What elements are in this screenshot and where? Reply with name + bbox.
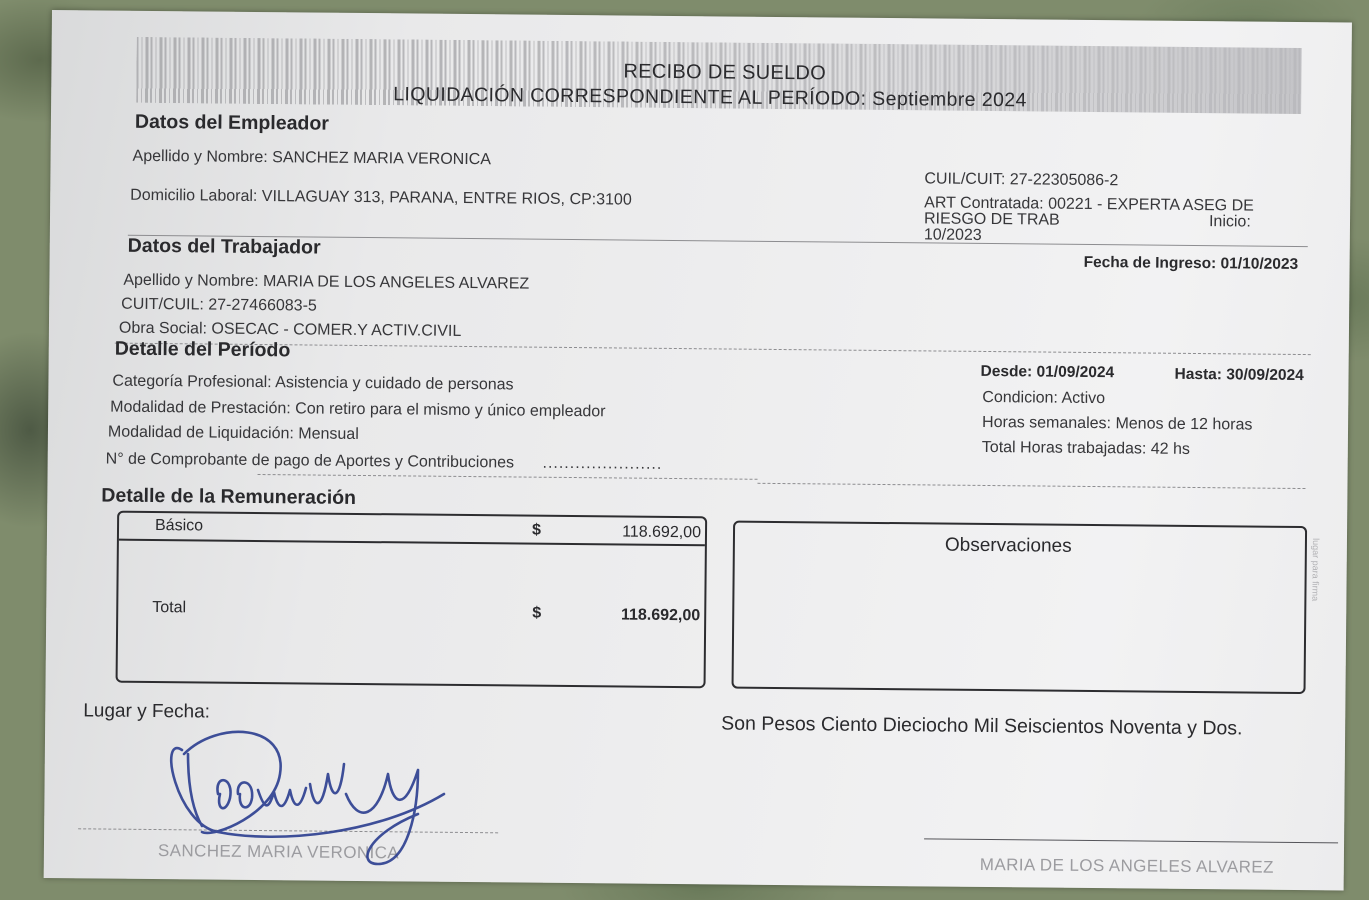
divider — [258, 474, 758, 480]
period-section-title: Detalle del Período — [115, 338, 291, 363]
worker-ingreso-date: Fecha de Ingreso: 01/10/2023 — [1084, 254, 1299, 274]
period-value: Septiembre 2024 — [872, 88, 1027, 111]
total-currency: $ — [532, 605, 541, 623]
service-modality: Modalidad de Prestación: Con retiro para… — [110, 399, 606, 422]
weekly-hours: Horas semanales: Menos de 12 horas — [982, 414, 1253, 435]
worker-cuit: CUIT/CUIL: 27-27466083-5 — [121, 296, 317, 316]
amount-in-words: Son Pesos Ciento Dieciocho Mil Seiscient… — [721, 712, 1243, 740]
employer-cuit: CUIL/CUIT: 27-22305086-2 — [924, 170, 1118, 190]
worker-section-title: Datos del Trabajador — [128, 235, 321, 260]
employer-art: ART Contratada: 00221 - EXPERTA ASEG DE … — [924, 195, 1254, 246]
payment-voucher-number: N° de Comprobante de pago de Aportes y C… — [106, 451, 663, 474]
employer-name: Apellido y Nombre: SANCHEZ MARIA VERONIC… — [133, 148, 491, 169]
amount-basico: 118.692,00 — [622, 523, 701, 542]
side-note: lugar para firma — [1310, 538, 1321, 601]
document-title: RECIBO DE SUELDO — [623, 60, 826, 85]
remuneration-section-title: Detalle de la Remuneración — [101, 484, 356, 509]
total-amount: 118.692,00 — [621, 606, 700, 625]
period-from: Desde: 01/09/2024 — [980, 363, 1114, 382]
worker-name: Apellido y Nombre: MARIA DE LOS ANGELES … — [123, 272, 529, 294]
handwritten-signature-icon — [118, 714, 458, 874]
period-heading: LIQUIDACIÓN CORRESPONDIENTE AL PERÍODO: … — [393, 83, 1027, 112]
total-label: Total — [152, 599, 186, 617]
employer-address: Domicilio Laboral: VILLAGUAY 313, PARANA… — [130, 187, 632, 210]
worker-signature-name: MARIA DE LOS ANGELES ALVAREZ — [980, 855, 1274, 878]
observations-title: Observaciones — [945, 535, 1072, 558]
divider — [757, 483, 1305, 489]
remuneration-row: Básico $ 118.692,00 — [119, 513, 705, 547]
remuneration-table: Básico $ 118.692,00 Total $ 118.692,00 — [116, 511, 708, 689]
divider — [115, 343, 1311, 355]
total-hours: Total Horas trabajadas: 42 hs — [982, 439, 1190, 459]
liquidation-modality: Modalidad de Liquidación: Mensual — [108, 424, 359, 444]
employer-section-title: Datos del Empleador — [135, 111, 329, 136]
currency-symbol: $ — [532, 522, 541, 540]
period-to: Hasta: 30/09/2024 — [1174, 366, 1303, 385]
concept-basico: Básico — [155, 517, 203, 535]
professional-category: Categoría Profesional: Asistencia y cuid… — [112, 373, 513, 395]
worker-condition: Condicion: Activo — [982, 389, 1105, 408]
observations-box: Observaciones — [732, 521, 1308, 695]
worker-signature-line — [924, 838, 1338, 843]
